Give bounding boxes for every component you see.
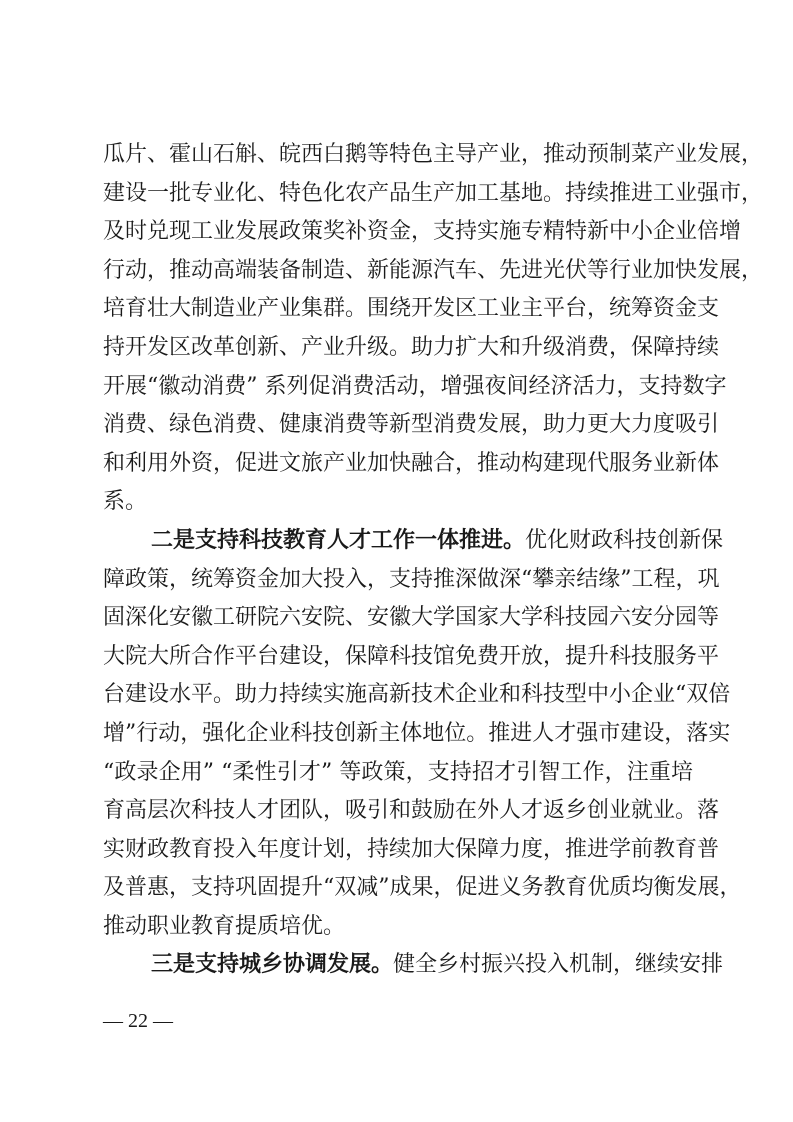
page-number: — 22 — (103, 1010, 173, 1033)
paragraph-industry-consumption: 瓜片、霍山石斛、皖西白鹅等特色主导产业，推动预制菜产业发展， 建设一批专业化、特… (103, 136, 693, 522)
text-line: 和利用外资，促进文旅产业加快融合，推动构建现代服务业新体 (103, 445, 693, 484)
text-line: 系。 (103, 483, 693, 522)
text-line: 培育壮大制造业产业集群。围绕开发区工业主平台，统筹资金支 (103, 290, 693, 329)
text-segment: 健全乡村振兴投入机制，继续安排 (393, 952, 723, 977)
text-line: 育高层次科技人才团队，吸引和鼓励在外人才返乡创业就业。落 (103, 792, 693, 831)
text-line: 瓜片、霍山石斛、皖西白鹅等特色主导产业，推动预制菜产业发展， (103, 136, 693, 175)
text-line: 行动，推动高端装备制造、新能源汽车、先进光伏等行业加快发展， (103, 252, 693, 291)
text-line: “政录企用” “柔性引才” 等政策，支持招才引智工作，注重培 (103, 754, 693, 793)
section-heading: 三是支持城乡协调发展。 (151, 952, 393, 977)
text-line: 固深化安徽工研院六安院、安徽大学国家大学科技园六安分园等 (103, 599, 693, 638)
paragraph-science-education-talent: 二是支持科技教育人才工作一体推进。优化财政科技创新保 障政策，统筹资金加大投入，… (103, 522, 693, 947)
document-page: 瓜片、霍山石斛、皖西白鹅等特色主导产业，推动预制菜产业发展， 建设一批专业化、特… (103, 136, 693, 985)
text-line-with-heading: 二是支持科技教育人才工作一体推进。优化财政科技创新保 (103, 522, 693, 561)
text-line: 增”行动，强化企业科技创新主体地位。推进人才强市建设，落实 (103, 715, 693, 754)
text-line: 实财政教育投入年度计划，持续加大保障力度，推进学前教育普 (103, 831, 693, 870)
text-line: 及普惠，支持巩固提升“双减”成果，促进义务教育优质均衡发展， (103, 869, 693, 908)
text-line: 持开发区改革创新、产业升级。助力扩大和升级消费，保障持续 (103, 329, 693, 368)
text-segment: 优化财政科技创新保 (525, 528, 723, 553)
text-line-with-heading: 三是支持城乡协调发展。健全乡村振兴投入机制，继续安排 (103, 946, 693, 985)
text-line: 大院大所合作平台建设，保障科技馆免费开放，提升科技服务平 (103, 638, 693, 677)
section-heading: 二是支持科技教育人才工作一体推进。 (151, 528, 525, 553)
text-line: 障政策，统筹资金加大投入，支持推深做深“攀亲结缘”工程，巩 (103, 561, 693, 600)
text-line: 消费、绿色消费、健康消费等新型消费发展，助力更大力度吸引 (103, 406, 693, 445)
text-line: 及时兑现工业发展政策奖补资金，支持实施专精特新中小企业倍增 (103, 213, 693, 252)
text-line: 推动职业教育提质培优。 (103, 908, 693, 947)
text-line: 建设一批专业化、特色化农产品生产加工基地。持续推进工业强市， (103, 175, 693, 214)
text-line: 台建设水平。助力持续实施高新技术企业和科技型中小企业“双倍 (103, 676, 693, 715)
text-line: 开展“徽动消费” 系列促消费活动，增强夜间经济活力，支持数字 (103, 368, 693, 407)
paragraph-urban-rural: 三是支持城乡协调发展。健全乡村振兴投入机制，继续安排 (103, 946, 693, 985)
